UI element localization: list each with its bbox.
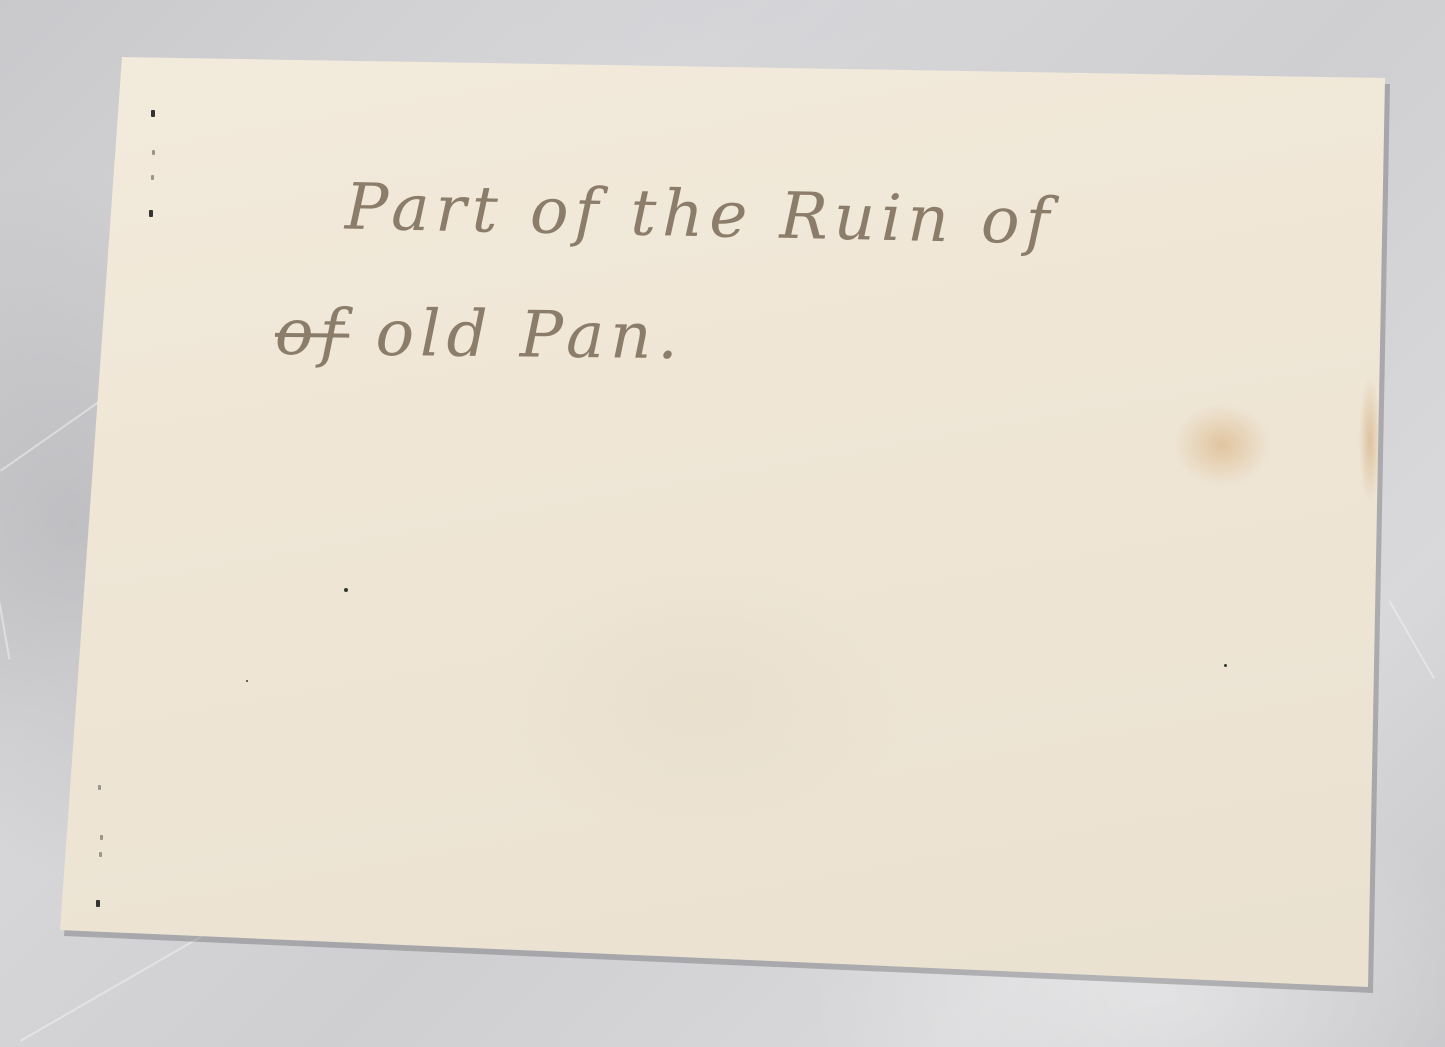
struck-word: of [275,296,350,371]
staple-hole [152,150,155,155]
marble-vein [0,401,99,471]
staple-hole [99,852,102,857]
staple-hole [149,210,153,217]
inscription-line-2: of old Pan. [275,296,685,374]
inscription-line-1: Part of the Ruin of [344,171,1056,260]
staple-hole [100,835,103,840]
photo-card-back [0,0,1445,1047]
speck [344,588,348,592]
staple-hole [98,785,101,790]
marble-vein [0,600,10,659]
inscription-text: old Pan. [375,297,684,374]
speck [1224,664,1227,667]
marble-vein [1388,600,1435,679]
staple-hole [151,110,155,117]
speck [246,680,248,682]
staple-hole [96,900,100,907]
staple-hole [151,175,154,180]
